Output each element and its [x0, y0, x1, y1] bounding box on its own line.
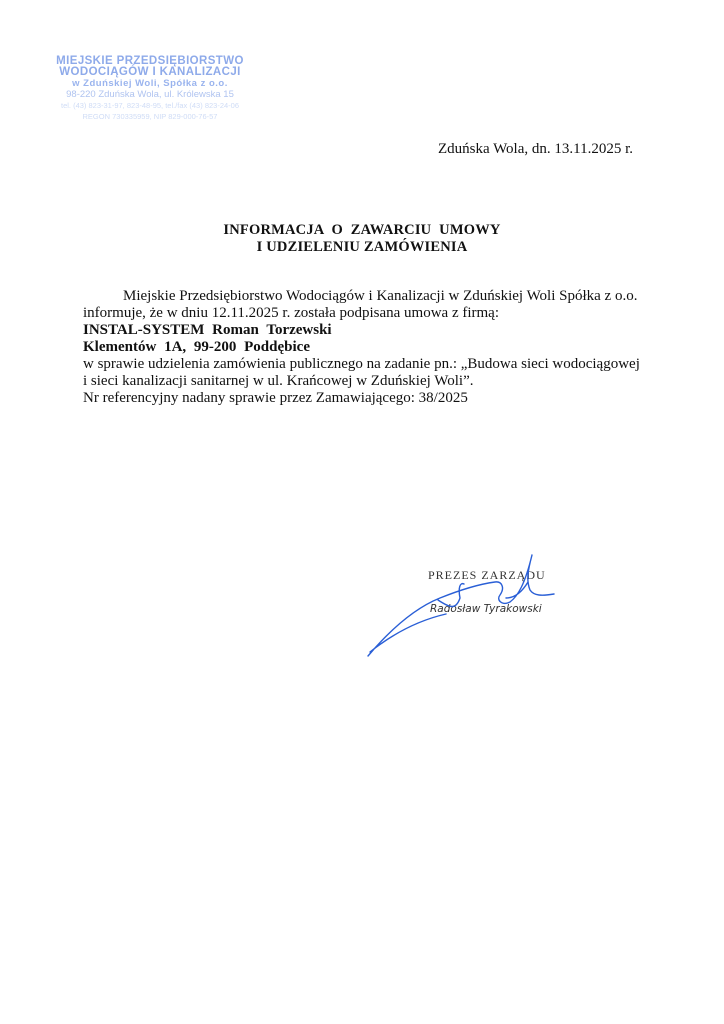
stamp-line-4: 98-220 Zduńska Wola, ul. Królewska 15 [30, 89, 270, 100]
body-line-3: w sprawie udzielenia zamówienia publiczn… [83, 356, 643, 373]
stamp-line-5: tel. (43) 823-31-97, 823-48-95, tel./fax… [30, 100, 270, 111]
document-title: INFORMACJA O ZAWARCIU UMOWY I UDZIELENIU… [0, 222, 724, 256]
company-stamp: MIEJSKIE PRZEDSIĘBIORSTWO WODOCIĄGÓW I K… [30, 56, 270, 122]
stamp-line-2: WODOCIĄGÓW I KANALIZACJI [30, 67, 270, 78]
body-line-2: informuje, że w dniu 12.11.2025 r. zosta… [83, 305, 643, 322]
title-line-1: INFORMACJA O ZAWARCIU UMOWY [0, 222, 724, 239]
handwritten-signature-icon [360, 540, 580, 670]
stamp-line-6: REGON 730335959, NIP 829-000-76-57 [30, 111, 270, 122]
contractor-address: Klementów 1A, 99-200 Poddębice [83, 339, 643, 356]
contractor-name: INSTAL-SYSTEM Roman Torzewski [83, 322, 643, 339]
signature-block: PREZES ZARZĄDU Radosław Tyrakowski [360, 540, 580, 670]
reference-number: Nr referencyjny nadany sprawie przez Zam… [83, 390, 643, 407]
place-and-date: Zduńska Wola, dn. 13.11.2025 r. [438, 141, 633, 158]
title-line-2: I UDZIELENIU ZAMÓWIENIA [0, 239, 724, 256]
document-body: Miejskie Przedsiębiorstwo Wodociągów i K… [83, 288, 643, 407]
body-line-4: i sieci kanalizacji sanitarnej w ul. Kra… [83, 373, 643, 390]
stamp-line-3: w Zduńskiej Woli, Spółka z o.o. [30, 78, 270, 89]
body-line-1: Miejskie Przedsiębiorstwo Wodociągów i K… [83, 288, 643, 305]
